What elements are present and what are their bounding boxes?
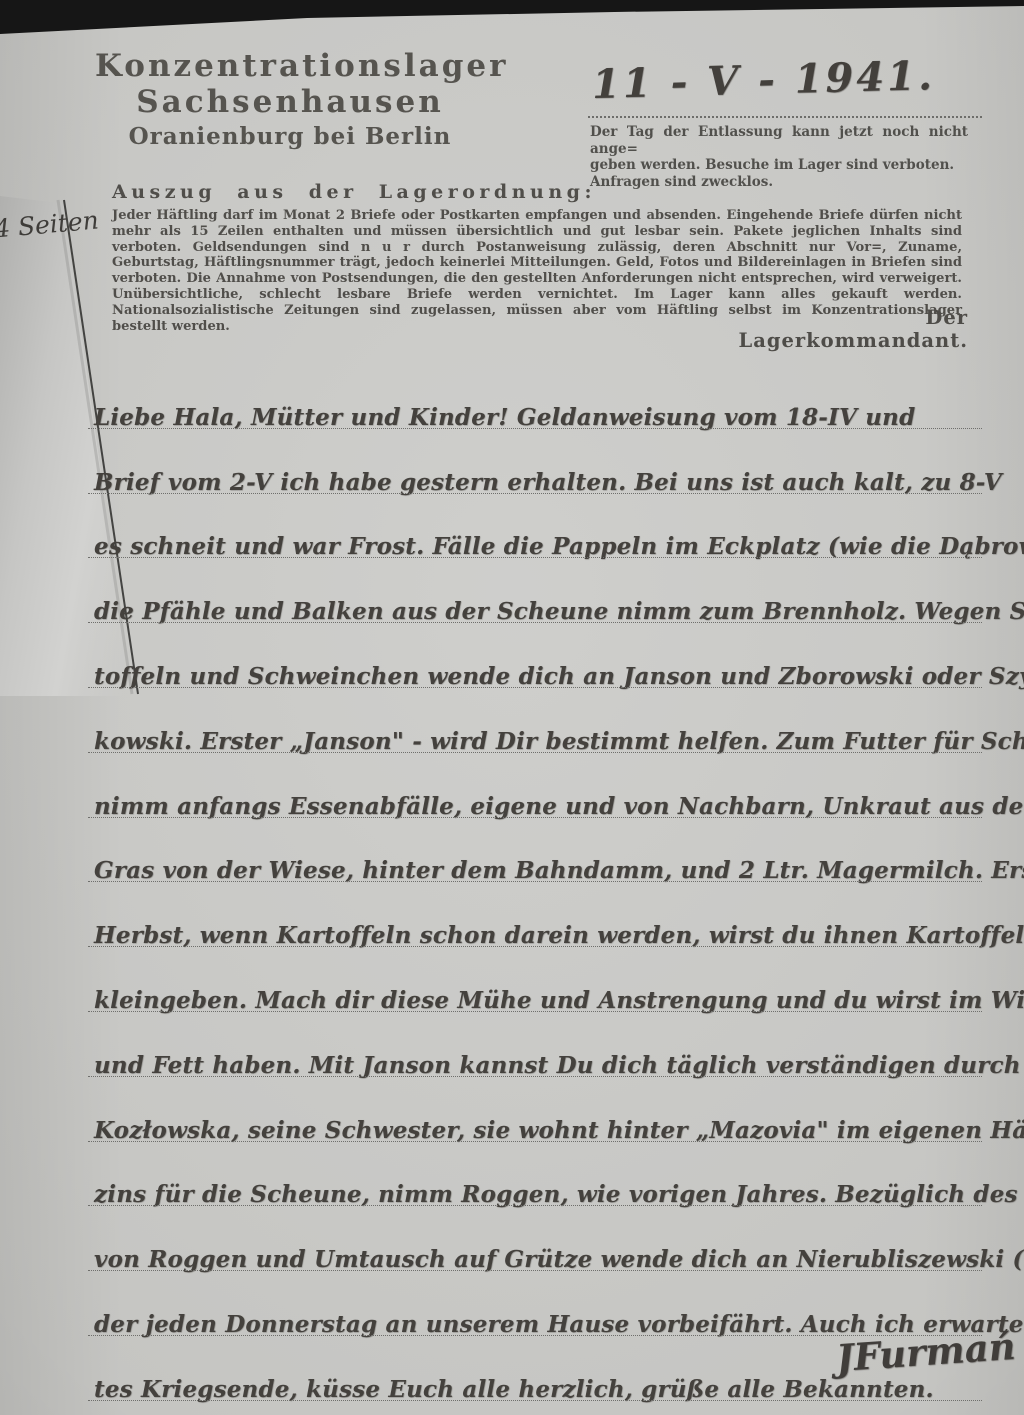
letter-line: kleingeben. Mach dir diese Mühe und Anst… <box>88 957 988 1022</box>
letter-line: kowski. Erster „Janson" - wird Dir besti… <box>88 698 988 763</box>
letter-line: Gras von der Wiese, hinter dem Bahndamm,… <box>88 828 988 893</box>
letter-line: von Roggen und Umtausch auf Grütze wende… <box>88 1216 988 1281</box>
letter-line-text: Herbst, wenn Kartoffeln schon darein wer… <box>94 922 1024 949</box>
letter-line: Brief vom 2-V ich habe gestern erhalten.… <box>88 439 988 504</box>
letter-line: die Pfähle und Balken aus der Scheune ni… <box>88 568 988 633</box>
scan-dark-edge <box>0 0 1024 40</box>
letter-line: es schneit und war Frost. Fälle die Papp… <box>88 504 988 569</box>
scanned-letter-page: Konzentrationslager Sachsenhausen Oranie… <box>0 0 1024 1415</box>
letter-line: Herbst, wenn Kartoffeln schon darein wer… <box>88 892 988 957</box>
letter-line-text: Kozłowska, seine Schwester, sie wohnt hi… <box>94 1117 1024 1144</box>
handwritten-letter-body: Liebe Hala, Mütter und Kinder! Geldanwei… <box>88 374 988 1411</box>
date-dotted-rule <box>588 116 982 118</box>
release-notice-line: geben werden. Besuche im Lager sind verb… <box>590 157 968 174</box>
letter-line: Liebe Hala, Mütter und Kinder! Geldanwei… <box>88 374 988 439</box>
letter-line-text: toffeln und Schweinchen wende dich an Ja… <box>94 663 1024 690</box>
letter-line: und Fett haben. Mit Janson kannst Du dic… <box>88 1022 988 1087</box>
regulations-signoff: Der Lagerkommandant. <box>712 306 968 352</box>
letterhead: Konzentrationslager Sachsenhausen Oranie… <box>95 48 485 154</box>
letter-line-text: und Fett haben. Mit Janson kannst Du dic… <box>94 1052 1024 1079</box>
letter-line-text: kowski. Erster „Janson" - wird Dir besti… <box>94 728 1024 755</box>
letter-line-text: zins für die Scheune, nimm Roggen, wie v… <box>94 1181 1024 1208</box>
letterhead-camp-site: Sachsenhausen <box>95 84 485 120</box>
letter-line: toffeln und Schweinchen wende dich an Ja… <box>88 633 988 698</box>
letter-line-text: nimm anfangs Essenabfälle, eigene und vo… <box>94 793 1024 820</box>
letter-line: nimm anfangs Essenabfälle, eigene und vo… <box>88 763 988 828</box>
letter-line-text: Brief vom 2-V ich habe gestern erhalten.… <box>94 469 1002 496</box>
letter-line-text: Liebe Hala, Mütter und Kinder! Geldanwei… <box>94 404 915 431</box>
letter-line-text: von Roggen und Umtausch auf Grütze wende… <box>94 1246 1024 1273</box>
letter-line-text: Gras von der Wiese, hinter dem Bahndamm,… <box>94 857 1024 884</box>
letterhead-camp-name: Konzentrationslager <box>95 48 485 84</box>
letter-line-text: es schneit und war Frost. Fälle die Papp… <box>94 533 1024 560</box>
letterhead-camp-location: Oranienburg bei Berlin <box>95 120 485 154</box>
release-notice-line: Anfragen sind zwecklos. <box>590 174 968 191</box>
release-notice-line: Der Tag der Entlassung kann jetzt noch n… <box>590 124 968 157</box>
regulations-heading: Auszug aus der Lagerordnung: <box>112 181 596 203</box>
letter-line-text: kleingeben. Mach dir diese Mühe und Anst… <box>94 987 1024 1014</box>
letter-line: zins für die Scheune, nimm Roggen, wie v… <box>88 1152 988 1217</box>
letter-line: Kozłowska, seine Schwester, sie wohnt hi… <box>88 1087 988 1152</box>
letter-line-text: tes Kriegsende, küsse Euch alle herzlich… <box>94 1376 934 1403</box>
letter-line-text: die Pfähle und Balken aus der Scheune ni… <box>94 598 1024 625</box>
handwritten-date: 11 - V - 1941. <box>591 51 982 108</box>
release-notice: Der Tag der Entlassung kann jetzt noch n… <box>590 124 968 190</box>
